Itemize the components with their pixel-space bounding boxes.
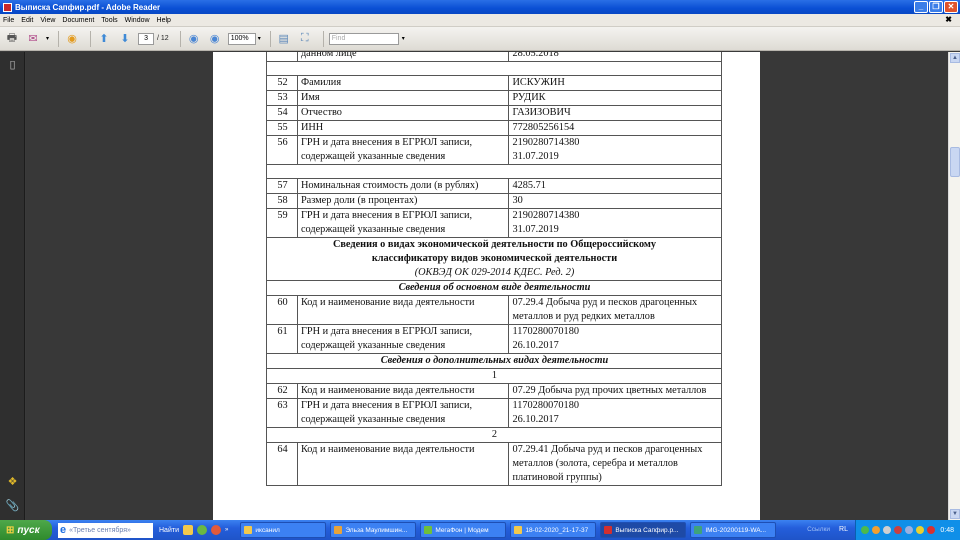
row-label: ГРН и дата внесения в ЕГРЮЛ записи, соде… — [297, 399, 509, 428]
scroll-up-icon[interactable]: ▲ — [950, 53, 960, 63]
group-counter-row: 2 — [267, 428, 722, 443]
row-number: 57 — [267, 179, 298, 194]
table-row: 52ФамилияИСКУЖИН — [267, 76, 722, 91]
section-title: Сведения о видах экономической деятельно… — [270, 238, 719, 266]
row-value: 28.05.2018 — [509, 52, 722, 62]
row-value-line: 31.07.2019 — [512, 150, 719, 164]
toolbar-separator — [323, 31, 324, 47]
row-number: 55 — [267, 121, 298, 136]
toolbar-separator — [58, 31, 59, 47]
group-counter: 2 — [267, 428, 722, 443]
row-value-line: 2190280714380 — [512, 136, 719, 150]
menu-bar: File Edit View Document Tools Window Hel… — [0, 14, 960, 27]
close-document-icon[interactable]: ✖ — [945, 15, 952, 24]
toolbar-separator — [270, 31, 271, 47]
toolbar: 🖶 ✉ ▾ ◉ ⬆ ⬇ 3 / 12 ◉ ◉ 100% ▾ ▤ ⛶ Find ▾ — [0, 27, 960, 51]
email-icon[interactable]: ✉ — [25, 31, 41, 47]
scroll-down-icon[interactable]: ▼ — [950, 509, 960, 519]
find-button[interactable]: Найти — [159, 527, 179, 534]
ie-icon: e — [60, 524, 66, 536]
row-label: ГРН и дата внесения в ЕГРЮЛ записи, соде… — [297, 325, 509, 354]
row-number: 56 — [267, 136, 298, 165]
table-row: 62Код и наименование вида деятельности07… — [267, 384, 722, 399]
print-icon[interactable]: 🖶 — [4, 31, 20, 47]
row-value-line: 26.10.2017 — [512, 339, 719, 353]
utorrent-icon[interactable] — [197, 525, 207, 535]
row-value: 07.29.4 Добыча руд и песков драгоценных … — [509, 296, 722, 325]
row-label: Код и наименование вида деятельности — [297, 443, 509, 486]
table-row: 60Код и наименование вида деятельности07… — [267, 296, 722, 325]
row-number: 54 — [267, 106, 298, 121]
pdf-page: данном лице28.05.201852ФамилияИСКУЖИН53И… — [213, 52, 760, 520]
next-page-icon[interactable]: ⬇ — [117, 31, 133, 47]
row-label: данном лице — [297, 52, 509, 62]
taskbar-button-label: IMG-20200119-WA... — [705, 527, 766, 534]
row-label: ГРН и дата внесения в ЕГРЮЛ записи, соде… — [297, 209, 509, 238]
row-value: 117028007018026.10.2017 — [509, 325, 722, 354]
fit-page-icon[interactable]: ▤ — [276, 31, 292, 47]
row-label: Фамилия — [297, 76, 509, 91]
menu-tools[interactable]: Tools — [101, 17, 117, 24]
network-icon[interactable] — [883, 526, 891, 534]
taskbar-button-label: 18-02-2020_21-17-37 — [525, 527, 588, 534]
row-value: 30 — [509, 194, 722, 209]
zoom-in-icon[interactable]: ◉ — [207, 31, 223, 47]
page-total: / 12 — [157, 35, 169, 42]
system-tray: 0:48 — [855, 520, 960, 540]
row-value: 07.29 Добыча руд прочих цветных металлов — [509, 384, 722, 399]
menu-file[interactable]: File — [3, 17, 14, 24]
previous-page-icon[interactable]: ⬆ — [96, 31, 112, 47]
table-row: 57Номинальная стоимость доли (в рублях)4… — [267, 179, 722, 194]
row-label: Код и наименование вида деятельности — [297, 296, 509, 325]
attachments-icon[interactable]: 📎 — [6, 499, 19, 512]
row-value: 117028007018026.10.2017 — [509, 399, 722, 428]
quicklaunch-more-icon[interactable]: » — [225, 527, 228, 533]
find-input[interactable]: Find — [329, 33, 399, 45]
window-title: Выписка Сапфир.pdf - Adobe Reader — [15, 3, 160, 12]
zoom-level-input[interactable]: 100% — [228, 33, 256, 45]
taskbar-button-label: Выписка Сапфир.p... — [615, 527, 678, 534]
tray-app-icon[interactable] — [894, 526, 902, 534]
minimize-button[interactable]: _ — [914, 1, 928, 13]
subsection-header: Сведения о дополнительных видах деятельн… — [267, 354, 722, 369]
row-value: 219028071438031.07.2019 — [509, 209, 722, 238]
menu-document[interactable]: Document — [62, 17, 94, 24]
section-header-row: Сведения о видах экономической деятельно… — [267, 238, 722, 281]
taskbar-button[interactable]: IMG-20200119-WA... — [690, 522, 776, 538]
table-row: 56ГРН и дата внесения в ЕГРЮЛ записи, со… — [267, 136, 722, 165]
menu-view[interactable]: View — [40, 17, 55, 24]
ie-address-text: «Третье сентября» — [69, 527, 131, 534]
row-number: 61 — [267, 325, 298, 354]
start-button[interactable]: ⊞ пуск — [0, 520, 52, 540]
blank-cell — [267, 62, 722, 76]
table-row: 54ОтчествоГАЗИЗОВИЧ — [267, 106, 722, 121]
row-value: ГАЗИЗОВИЧ — [509, 106, 722, 121]
megafon-icon — [424, 526, 432, 534]
windows-logo-icon: ⊞ — [6, 525, 14, 536]
table-row: 61ГРН и дата внесения в ЕГРЮЛ записи, со… — [267, 325, 722, 354]
subsection-header-row: Сведения о дополнительных видах деятельн… — [267, 354, 722, 369]
title-bar: Выписка Сапфир.pdf - Adobe Reader _ ❐ ✕ — [0, 0, 960, 14]
group-counter: 1 — [267, 369, 722, 384]
row-value: ИСКУЖИН — [509, 76, 722, 91]
table-row: данном лице28.05.2018 — [267, 52, 722, 62]
zoom-dropdown-icon[interactable]: ▾ — [258, 35, 261, 42]
toolbar-separator — [90, 31, 91, 47]
row-number: 60 — [267, 296, 298, 325]
folder-icon — [244, 526, 252, 534]
document-viewport[interactable]: данном лице28.05.201852ФамилияИСКУЖИН53И… — [26, 52, 948, 520]
comments-icon[interactable]: ❖ — [6, 475, 19, 488]
row-number: 53 — [267, 91, 298, 106]
toolbar-separator — [180, 31, 181, 47]
menu-window[interactable]: Window — [125, 17, 150, 24]
taskbar-button[interactable]: Эльза Маулимшин... — [330, 522, 416, 538]
row-number: 58 — [267, 194, 298, 209]
collaborate-icon[interactable]: ◉ — [64, 31, 80, 47]
row-number: 64 — [267, 443, 298, 486]
group-counter-row: 1 — [267, 369, 722, 384]
language-indicator[interactable]: RL — [839, 526, 848, 533]
taskbar-button[interactable]: Выписка Сапфир.p... — [600, 522, 686, 538]
taskbar-button-label: Эльза Маулимшин... — [345, 527, 407, 534]
row-number — [267, 52, 298, 62]
taskbar-button-label: МегаФон | Модем — [435, 527, 488, 534]
taskbar-button[interactable]: МегаФон | Модем — [420, 522, 506, 538]
navigation-panel: ▯ ❖ 📎 — [0, 52, 25, 520]
menu-edit[interactable]: Edit — [21, 17, 33, 24]
row-value: 4285.71 — [509, 179, 722, 194]
row-label: Номинальная стоимость доли (в рублях) — [297, 179, 509, 194]
table-row: 58Размер доли (в процентах)30 — [267, 194, 722, 209]
restore-button[interactable]: ❐ — [929, 1, 943, 13]
image-icon — [694, 526, 702, 534]
zoom-out-icon[interactable]: ◉ — [186, 31, 202, 47]
row-label: ГРН и дата внесения в ЕГРЮЛ записи, соде… — [297, 136, 509, 165]
subsection-header: Сведения об основном виде деятельности — [267, 281, 722, 296]
taskbar-button[interactable]: иксанил — [240, 522, 326, 538]
row-label: ИНН — [297, 121, 509, 136]
antivirus-icon[interactable] — [927, 526, 935, 534]
folder-icon[interactable] — [183, 525, 193, 535]
row-label: Код и наименование вида деятельности — [297, 384, 509, 399]
row-number: 62 — [267, 384, 298, 399]
row-number: 63 — [267, 399, 298, 428]
section-header: Сведения о видах экономической деятельно… — [267, 238, 722, 281]
adobe-reader-icon — [3, 3, 12, 12]
email-dropdown-icon[interactable]: ▾ — [46, 35, 49, 42]
table-row: 59ГРН и дата внесения в ЕГРЮЛ записи, со… — [267, 209, 722, 238]
find-dropdown-icon[interactable]: ▾ — [402, 35, 405, 42]
row-value-line: 1170280070180 — [512, 325, 719, 339]
row-value-line: 1170280070180 — [512, 399, 719, 413]
pages-icon[interactable]: ▯ — [6, 58, 19, 71]
row-label: Имя — [297, 91, 509, 106]
row-value: РУДИК — [509, 91, 722, 106]
table-row: 53ИмяРУДИК — [267, 91, 722, 106]
taskbar: ⊞ пуск e «Третье сентября» Найти » иксан… — [0, 520, 960, 540]
tray-app-icon[interactable] — [872, 526, 880, 534]
volume-icon[interactable] — [905, 526, 913, 534]
chrome-icon — [334, 526, 342, 534]
blank-row — [267, 165, 722, 179]
close-button[interactable]: ✕ — [944, 1, 958, 13]
taskbar-button-label: иксанил — [255, 527, 279, 534]
tray-app-icon[interactable] — [861, 526, 869, 534]
row-label: Размер доли (в процентах) — [297, 194, 509, 209]
blank-row — [267, 62, 722, 76]
row-number: 59 — [267, 209, 298, 238]
row-number: 52 — [267, 76, 298, 91]
start-label: пуск — [17, 525, 39, 536]
blank-cell — [267, 165, 722, 179]
vertical-scrollbar[interactable]: ▲ ▼ — [948, 52, 960, 520]
fullscreen-icon[interactable]: ⛶ — [297, 31, 313, 47]
row-value-line: 26.10.2017 — [512, 413, 719, 427]
chrome-icon[interactable] — [211, 525, 221, 535]
row-value: 772805256154 — [509, 121, 722, 136]
tray-app-icon[interactable] — [916, 526, 924, 534]
menu-help[interactable]: Help — [157, 17, 171, 24]
table-row: 63ГРН и дата внесения в ЕГРЮЛ записи, со… — [267, 399, 722, 428]
row-value-line: 2190280714380 — [512, 209, 719, 223]
ie-address-bar[interactable]: e «Третье сентября» — [58, 523, 153, 538]
row-value: 07.29.41 Добыча руд и песков драгоценных… — [509, 443, 722, 486]
row-value-line: 31.07.2019 — [512, 223, 719, 237]
links-toolbar[interactable]: Ссылки — [807, 526, 830, 533]
row-value: 219028071438031.07.2019 — [509, 136, 722, 165]
taskbar-button[interactable]: 18-02-2020_21-17-37 — [510, 522, 596, 538]
egrul-table: данном лице28.05.201852ФамилияИСКУЖИН53И… — [266, 52, 722, 486]
page-number-input[interactable]: 3 — [138, 33, 154, 45]
table-row: 55ИНН772805256154 — [267, 121, 722, 136]
pdf-icon — [604, 526, 612, 534]
subsection-header-row: Сведения об основном виде деятельности — [267, 281, 722, 296]
section-subtitle: (ОКВЭД ОК 029-2014 КДЕС. Ред. 2) — [270, 266, 719, 280]
clock[interactable]: 0:48 — [940, 527, 954, 534]
desktop: Выписка Сапфир.pdf - Adobe Reader _ ❐ ✕ … — [0, 0, 960, 540]
row-label: Отчество — [297, 106, 509, 121]
scroll-thumb[interactable] — [950, 147, 960, 177]
table-row: 64Код и наименование вида деятельности07… — [267, 443, 722, 486]
folder-icon — [514, 526, 522, 534]
